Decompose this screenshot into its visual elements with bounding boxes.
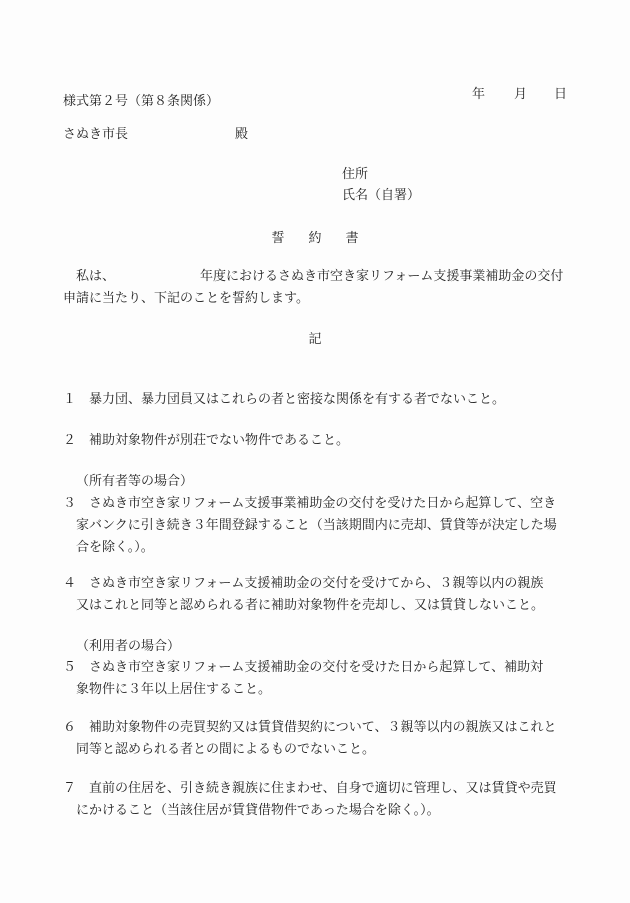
date-year-label: 年 [472, 84, 514, 106]
pledge-item-5: ５ さぬき市空き家リフォーム支援補助金の交付を受けた日から起算して、補助対 象物… [63, 657, 583, 701]
ki-heading: 記 [0, 329, 630, 351]
date-day-label: 日 [554, 84, 567, 106]
applicant-address-label: 住所 [342, 164, 368, 186]
item-line: 象物件に３年以上居住すること。 [63, 679, 583, 701]
addressee-honorific: 殿 [235, 124, 248, 146]
item-number: ５ [63, 657, 76, 679]
pledge-item-4: ４ さぬき市空き家リフォーム支援補助金の交付を受けてから、３親等以内の親族 又は… [63, 573, 583, 617]
item-line: 直前の住居を、引き続き親族に住まわせ、自身で適切に管理し、又は賃貸や売買 [63, 778, 583, 800]
pledge-item-1: １ 暴力団、暴力団員又はこれらの者と密接な関係を有する者でないこと。 [63, 389, 583, 411]
subheading-owner: （所有者等の場合） [76, 471, 193, 493]
item-line: さぬき市空き家リフォーム支援補助金の交付を受けてから、３親等以内の親族 [63, 573, 583, 595]
item-number: ６ [63, 717, 76, 739]
item-line: さぬき市空き家リフォーム支援事業補助金の交付を受けた日から起算して、空き [63, 493, 583, 515]
item-line: 家バンクに引き続き３年間登録すること（当該期間内に売却、賃貸等が決定した場 [63, 515, 583, 537]
addressee-name: さぬき市長 [63, 127, 128, 142]
applicant-name-label: 氏名（自署） [342, 185, 420, 207]
pledge-item-2: ２ 補助対象物件が別荘でない物件であること。 [63, 430, 583, 452]
item-line: 暴力団、暴力団員又はこれらの者と密接な関係を有する者でないこと。 [63, 389, 583, 411]
intro-line1: 年度におけるさぬき市空き家リフォーム支援事業補助金の交付 [200, 269, 563, 284]
intro-line2: 申請に当たり、下記のことを誓約します。 [63, 291, 309, 306]
pledge-item-7: ７ 直前の住居を、引き続き親族に住まわせ、自身で適切に管理し、又は賃貸や売買 に… [63, 778, 583, 822]
item-line: 補助対象物件が別荘でない物件であること。 [63, 430, 583, 452]
item-number: ４ [63, 573, 76, 595]
item-number: ７ [63, 778, 76, 800]
title-char: 約 [308, 228, 321, 250]
item-line: にかけること（当該住居が賃貸借物件であった場合を除く。）。 [63, 800, 583, 822]
item-number: ３ [63, 493, 76, 515]
addressee: さぬき市長 殿 [63, 124, 128, 146]
pledge-item-6: ６ 補助対象物件の売買契約又は賃貸借契約について、３親等以内の親族又はこれと 同… [63, 717, 583, 761]
item-line: 又はこれと同等と認められる者に補助対象物件を売却し、又は賃貸しないこと。 [63, 595, 583, 617]
date-month-label: 月 [514, 84, 554, 106]
subheading-user: （利用者の場合） [76, 636, 180, 658]
intro-paragraph: 私は、年度におけるさぬき市空き家リフォーム支援事業補助金の交付 申請に当たり、下… [63, 266, 583, 310]
item-line: さぬき市空き家リフォーム支援補助金の交付を受けた日から起算して、補助対 [63, 657, 583, 679]
title-char: 誓 [271, 228, 284, 250]
title-char: 書 [346, 228, 359, 250]
item-line: 同等と認められる者との間によるものでないこと。 [63, 739, 583, 761]
item-number: １ [63, 389, 76, 411]
document-title: 誓約書 [0, 228, 630, 250]
date-field: 年月日 [472, 84, 567, 106]
item-line: 補助対象物件の売買契約又は賃貸借契約について、３親等以内の親族又はこれと [63, 717, 583, 739]
form-number-label: 様式第２号（第８条関係） [63, 91, 219, 113]
intro-prefix: 私は、 [76, 269, 115, 284]
item-number: ２ [63, 430, 76, 452]
item-line: 合を除く。）。 [63, 537, 583, 559]
pledge-item-3: ３ さぬき市空き家リフォーム支援事業補助金の交付を受けた日から起算して、空き 家… [63, 493, 583, 559]
